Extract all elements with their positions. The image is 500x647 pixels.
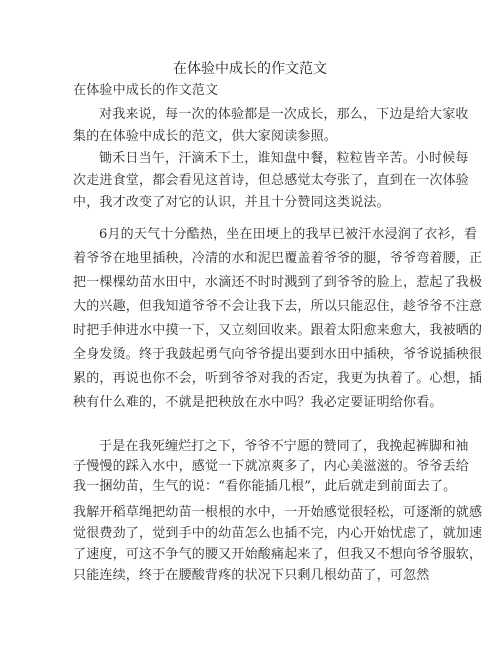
paragraph-line: 锄禾日当午，汗滴禾下土，谁知盘中餐，粒粒皆辛苦。小时候每 — [99, 150, 469, 168]
document-title: 在体验中成长的作文范文 — [0, 59, 500, 79]
paragraph-line: 子慢慢的踩入水中，感觉一下就凉爽多了，内心美滋滋的。爷爷丢给 — [73, 458, 469, 476]
paragraph-line: 大的兴趣，但我知道爷爷不会让我下去，所以只能忍住，趁爷爷不注意 — [73, 298, 482, 316]
paragraph-line: 次走进食堂，都会看见这首诗，但总感觉太夸张了，直到在一次体验 — [73, 172, 469, 190]
paragraph-line: 全身发烫。终于我鼓起勇气向爷爷提出要到水田中插秧，爷爷说插秧很 — [73, 346, 482, 364]
paragraph-line: 对我来说，每一次的体验都是一次成长，那么，下边是给大家收 — [99, 106, 469, 124]
paragraph-line: 觉很费劲了，觉到手中的幼苗怎么也插不完，内心开始忧虑了，就加速 — [73, 525, 482, 543]
document-page: 在体验中成长的作文范文 在体验中成长的作文范文 对我来说，每一次的体验都是一次成… — [0, 0, 500, 647]
paragraph-line: 时把手伸进水中摸一下，又立刻回收来。跟着太阳愈来愈大，我被晒的 — [73, 322, 482, 340]
paragraph-line: 中，我才改变了对它的认识，并且十分赞同这类说法。 — [73, 194, 390, 212]
paragraph-line: 集的在体验中成长的范文，供大家阅读参照。 — [73, 128, 337, 146]
paragraph-line: 秧有什么难的，不就是把秧放在水中吗？我必定要证明给你看。 — [73, 394, 443, 412]
document-subtitle: 在体验中成长的作文范文 — [73, 82, 218, 100]
paragraph-line: 6月的天气十分酷热，坐在田埂上的我早已被汗水浸润了衣衫，看 — [99, 226, 477, 244]
paragraph-line: 把一棵棵幼苗水田中，水滴还不时时溅到了到爷爷的脸上，惹起了我极 — [73, 274, 482, 292]
paragraph-line: 累的，再说也你不会，听到爷爷对我的否定，我更为执着了。心想，插 — [73, 370, 482, 388]
paragraph-line: 我一捆幼苗，生气的说：“看你能插几根”，此后就走到前面去了。 — [73, 478, 456, 496]
paragraph-line: 我解开稻草绳把幼苗一根根的水中，一开始感觉很轻松，可逐渐的就感 — [73, 504, 482, 522]
paragraph-line: 于是在我死缠烂打之下，爷爷不宁愿的赞同了，我挽起裤脚和袖 — [99, 438, 469, 456]
paragraph-line: 着爷爷在地里插秧，冷清的水和泥巴覆盖着爷爷的腿，爷爷弯着腰，正 — [73, 250, 482, 268]
paragraph-line: 了速度，可这不争气的腰又开始酸痛起来了，但我又不想向爷爷服软， — [73, 546, 482, 564]
paragraph-line: 只能连续，终于在腰酸背疼的状况下只剩几根幼苗了，可忽然 — [73, 567, 429, 585]
